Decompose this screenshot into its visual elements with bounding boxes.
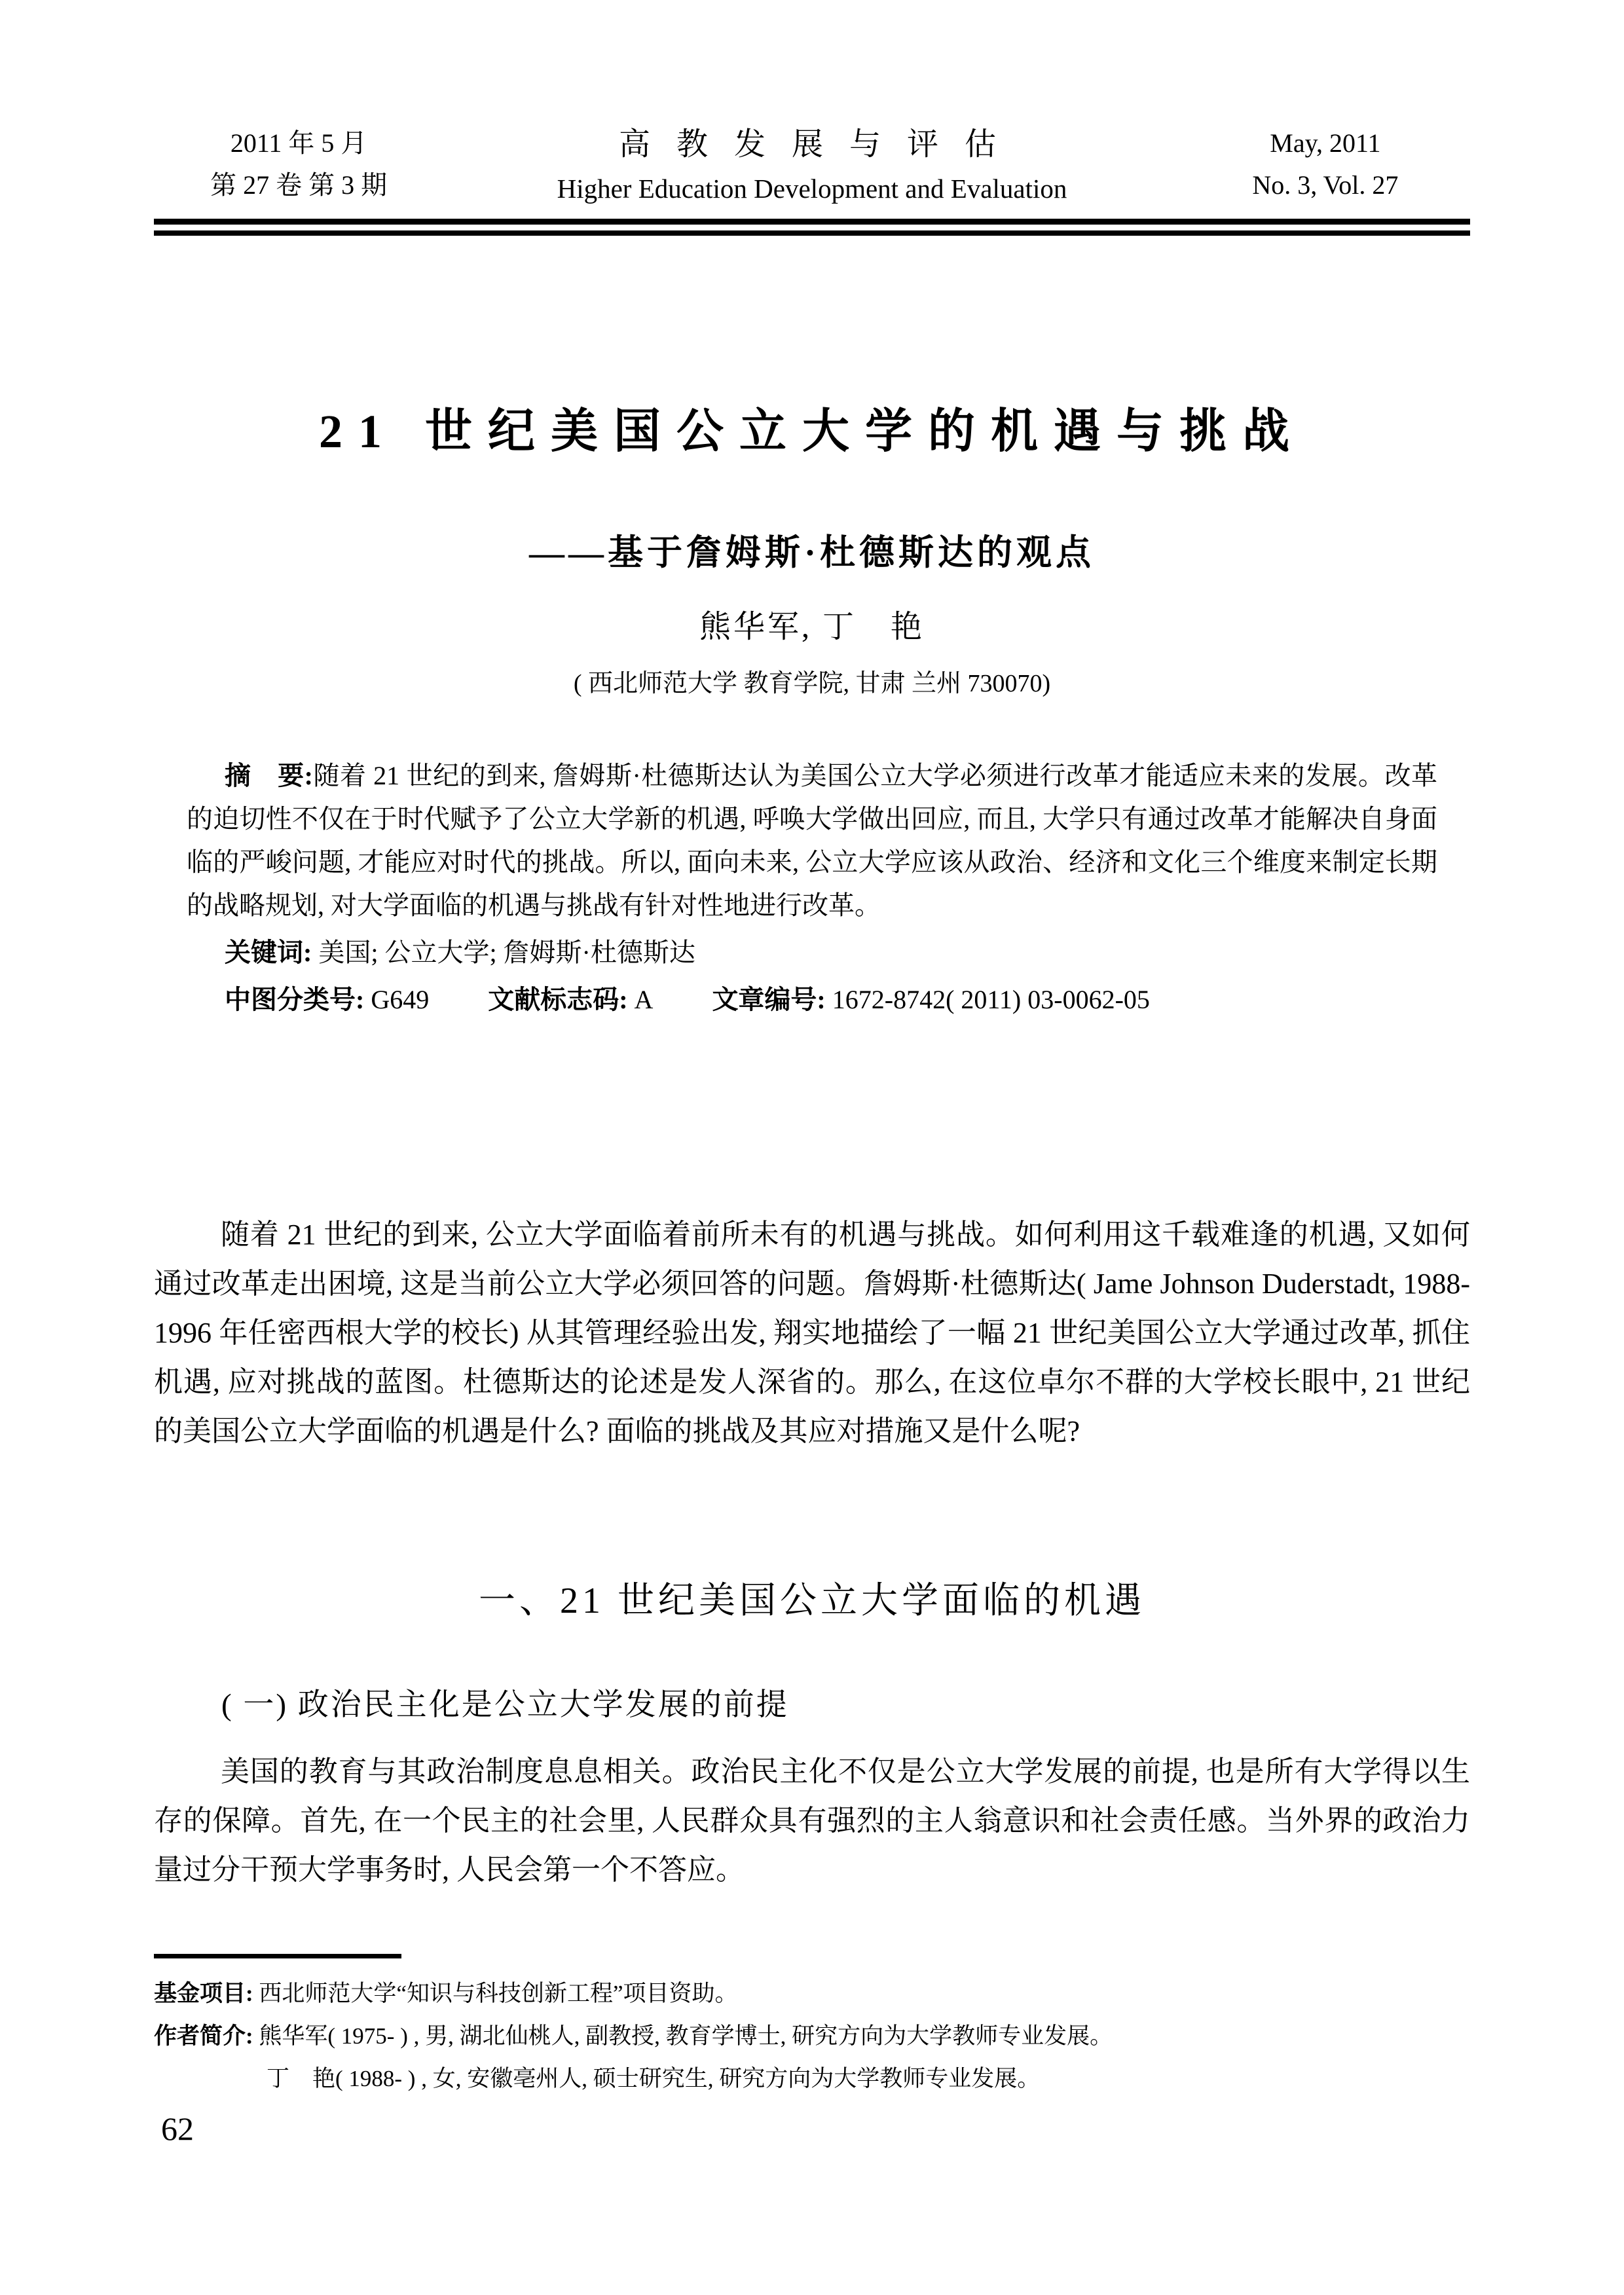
page-number: 62 [161,2110,1624,2148]
header-journal: 高 教 发 展 与 评 估 Higher Education Developme… [443,128,1181,204]
journal-page: 2011 年 5 月 第 27 卷 第 3 期 高 教 发 展 与 评 估 Hi… [0,0,1624,2295]
abstract-text: 随着 21 世纪的到来, 詹姆斯·杜德斯达认为美国公立大学必须进行改革才能适应未… [187,761,1437,920]
bio-label: 作者简介: [154,2023,253,2049]
header-issue-en: No. 3, Vol. 27 [1181,170,1470,200]
article-title: 21 世纪美国公立大学的机遇与挑战 [0,393,1624,461]
body-paragraph-1: 随着 21 世纪的到来, 公立大学面临着前所未有的机遇与挑战。如何利用这千载难逢… [154,1210,1470,1456]
journal-title-cn: 高 教 发 展 与 评 估 [443,128,1181,161]
clc-item: 中图分类号: G649 [225,985,429,1014]
rule-gap [154,225,1470,230]
keywords-label: 关键词: [225,938,312,967]
affiliation: ( 西北师范大学 教育学院, 甘肃 兰州 730070) [0,663,1624,699]
author-bio-line-1: 作者简介: 熊华军( 1975- ) , 男, 湖北仙桃人, 副教授, 教育学博… [154,2015,1470,2057]
footnotes: 基金项目: 西北师范大学“知识与科技创新工程”项目资助。 作者简介: 熊华军( … [154,1972,1470,2100]
journal-title-en: Higher Education Development and Evaluat… [443,173,1181,204]
abstract-label: 摘 要: [225,761,313,790]
fund-text: 西北师范大学“知识与科技创新工程”项目资助。 [259,1981,737,2006]
abstract-block: 摘 要:随着 21 世纪的到来, 詹姆斯·杜德斯达认为美国公立大学必须进行改革才… [187,754,1437,1021]
bio-text-1: 熊华军( 1975- ) , 男, 湖北仙桃人, 副教授, 教育学博士, 研究方… [259,2023,1113,2049]
section-1-heading: 一、21 世纪美国公立大学面临的机遇 [0,1571,1624,1624]
subsection-1-1-heading: ( 一) 政治民主化是公立大学发展的前提 [221,1680,1470,1724]
author-bio-line-2: 丁 艳( 1988- ) , 女, 安徽亳州人, 硕士研究生, 研究方向为大学教… [154,2057,1470,2100]
classification-line: 中图分类号: G649文献标志码: A文章编号: 1672-8742( 2011… [187,978,1437,1021]
authors: 熊华军, 丁 艳 [0,601,1624,646]
fund-label: 基金项目: [154,1981,253,2006]
header-issue-cn: 第 27 卷 第 3 期 [154,170,443,200]
page-header: 2011 年 5 月 第 27 卷 第 3 期 高 教 发 展 与 评 估 Hi… [0,128,1624,204]
doc-code-item: 文献标志码: A [488,985,653,1014]
article-subtitle: ——基于詹姆斯·杜德斯达的观点 [0,524,1624,575]
rule-top [154,219,1470,225]
article-id-value: 1672-8742( 2011) 03-0062-05 [832,985,1150,1014]
header-left: 2011 年 5 月 第 27 卷 第 3 期 [154,128,443,200]
clc-value: G649 [371,985,429,1014]
header-right: May, 2011 No. 3, Vol. 27 [1181,128,1470,200]
keywords-line: 关键词: 美国; 公立大学; 詹姆斯·杜德斯达 [187,931,1437,974]
abstract-paragraph: 摘 要:随着 21 世纪的到来, 詹姆斯·杜德斯达认为美国公立大学必须进行改革才… [187,754,1437,927]
header-date-en: May, 2011 [1181,128,1470,158]
header-date-cn: 2011 年 5 月 [154,128,443,158]
rule-bottom [154,230,1470,236]
doc-code-value: A [635,985,654,1014]
article-id-item: 文章编号: 1672-8742( 2011) 03-0062-05 [712,985,1149,1014]
clc-label: 中图分类号: [225,985,364,1014]
footnote-separator-rule [154,1954,401,1958]
keywords-text: 美国; 公立大学; 詹姆斯·杜德斯达 [318,938,695,967]
doc-code-label: 文献标志码: [488,985,627,1014]
fund-note: 基金项目: 西北师范大学“知识与科技创新工程”项目资助。 [154,1972,1470,2015]
body-paragraph-2: 美国的教育与其政治制度息息相关。政治民主化不仅是公立大学发展的前提, 也是所有大… [154,1747,1470,1894]
article-id-label: 文章编号: [712,985,825,1014]
header-double-rule [154,219,1470,236]
